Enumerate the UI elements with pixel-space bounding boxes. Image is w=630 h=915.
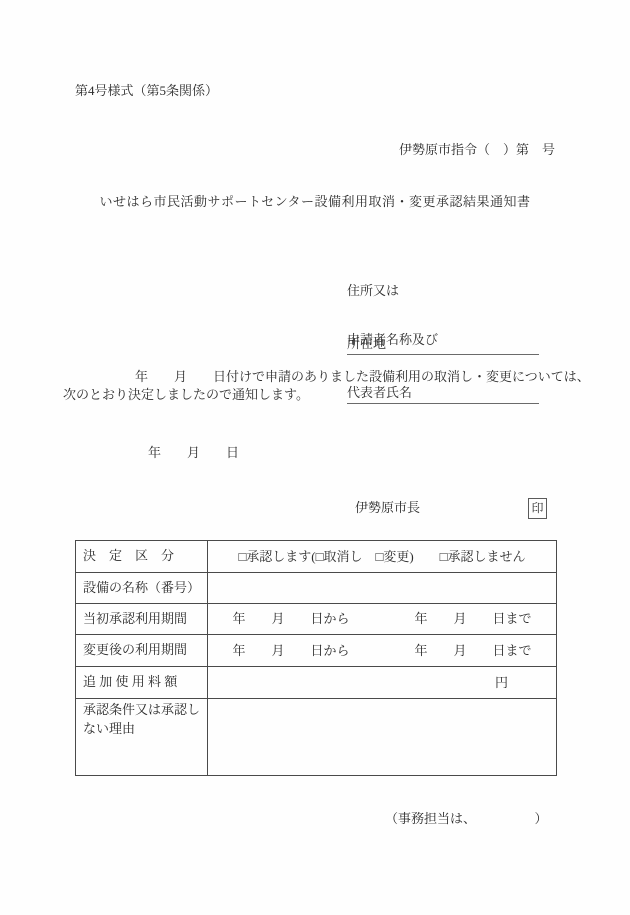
body-line-2: 次のとおり決定しましたので通知します。	[63, 386, 573, 404]
row-decision-value: □承認します(□取消し □変更) □承認しません	[208, 541, 557, 573]
applicant-label-line1: 申請者名称及び	[347, 331, 539, 349]
row-equipment-name-value	[208, 573, 557, 604]
row-changed-period-value: 年 月 日から 年 月 日まで	[208, 635, 557, 667]
body-paragraph: 年 月 日付けで申請のありました設備利用の取消し・変更については、 次のとおり決…	[63, 368, 573, 403]
row-original-period-label: 当初承認利用期間	[76, 604, 208, 635]
document-page: 第4号様式（第5条関係） 伊勢原市指令（ ）第 号 いせはら市民活動サポートセン…	[0, 0, 630, 915]
row-original-period-value: 年 月 日から 年 月 日まで	[208, 604, 557, 635]
table-row: 決 定 区 分 □承認します(□取消し □変更) □承認しません	[76, 541, 557, 573]
table-row: 承認条件又は承認しない理由	[76, 699, 557, 776]
row-conditions-label: 承認条件又は承認しない理由	[76, 699, 208, 776]
table-row: 設備の名称（番号）	[76, 573, 557, 604]
row-decision-label: 決 定 区 分	[76, 541, 208, 573]
row-additional-fee-label: 追 加 使 用 料 額	[76, 667, 208, 699]
form-number: 第4号様式（第5条関係）	[75, 82, 218, 100]
row-changed-period-label: 変更後の利用期間	[76, 635, 208, 667]
clerk-note: （事務担当は、 ）	[385, 810, 548, 828]
row-additional-fee-value: 円	[208, 667, 557, 699]
table-row: 追 加 使 用 料 額 円	[76, 667, 557, 699]
decision-table: 決 定 区 分 □承認します(□取消し □変更) □承認しません 設備の名称（番…	[75, 540, 557, 776]
seal-mark: 印	[528, 498, 547, 519]
table-row: 変更後の利用期間 年 月 日から 年 月 日まで	[76, 635, 557, 667]
body-line-1: 年 月 日付けで申請のありました設備利用の取消し・変更については、	[63, 368, 573, 386]
page-title: いせはら市民活動サポートセンター設備利用取消・変更承認結果通知書	[0, 193, 630, 211]
table-row: 当初承認利用期間 年 月 日から 年 月 日まで	[76, 604, 557, 635]
seal-character: 印	[531, 500, 543, 516]
issue-date-line: 年 月 日	[148, 444, 239, 462]
row-conditions-value	[208, 699, 557, 776]
row-equipment-name-label: 設備の名称（番号）	[76, 573, 208, 604]
signer-title: 伊勢原市長	[355, 499, 420, 517]
directive-number-line: 伊勢原市指令（ ）第 号	[399, 141, 555, 159]
